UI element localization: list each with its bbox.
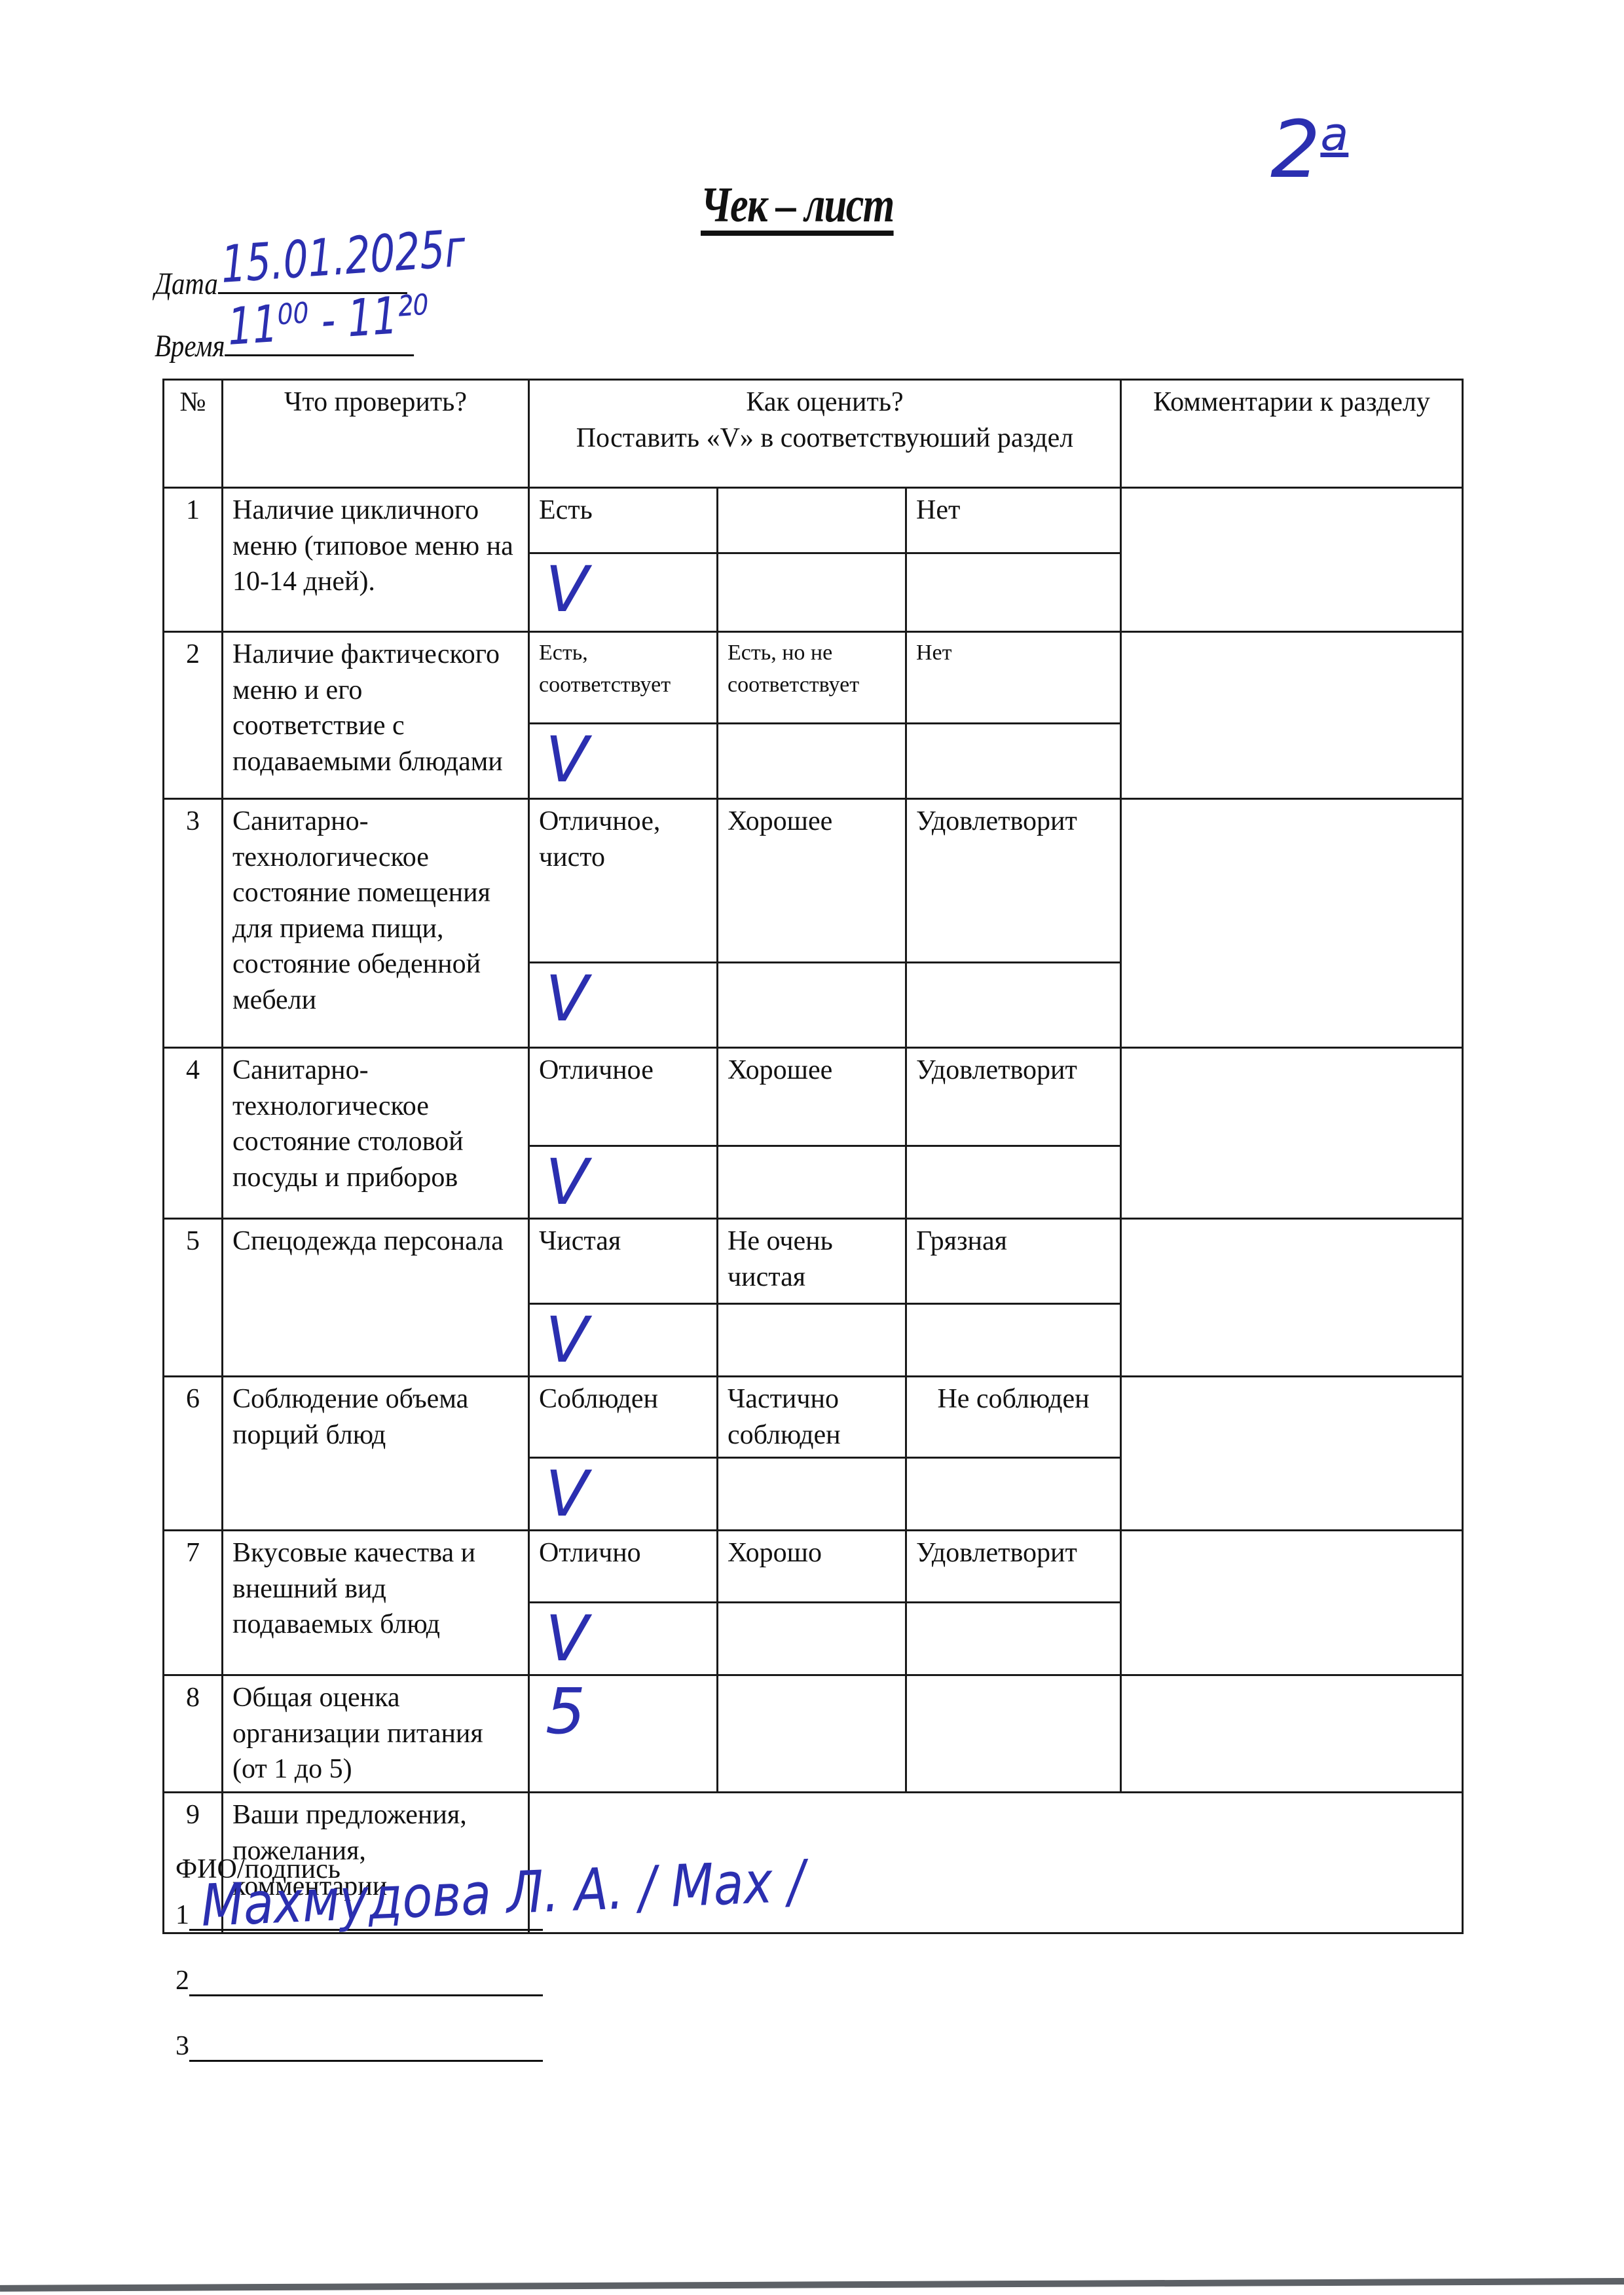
- option-label: Не очень чистая: [718, 1219, 906, 1304]
- row-num: 8: [164, 1675, 223, 1793]
- empty-cell[interactable]: [718, 1675, 906, 1793]
- option-checkbox[interactable]: [906, 553, 1121, 632]
- option-checkbox[interactable]: [906, 1304, 1121, 1377]
- option-checkbox[interactable]: V: [529, 553, 718, 632]
- option-label: Соблюден: [529, 1377, 718, 1458]
- row-item: Спецодежда персонала: [223, 1219, 529, 1377]
- row-num: 4: [164, 1048, 223, 1219]
- option-checkbox[interactable]: [718, 724, 906, 799]
- signature-input-1[interactable]: Махмудова Л. А. / Мах /: [189, 1903, 543, 1931]
- row-item: Общая оценка организации питания (от 1 д…: [223, 1675, 529, 1793]
- option-label: Частично соблюден: [718, 1377, 906, 1458]
- checkmark-icon: V: [539, 1303, 589, 1377]
- option-checkbox[interactable]: V: [529, 724, 718, 799]
- table-row: 4Санитарно-технологическое состояние сто…: [164, 1048, 1463, 1146]
- table-row: 7Вкусовые качества и внешний вид подавае…: [164, 1531, 1463, 1603]
- option-checkbox[interactable]: [718, 1458, 906, 1531]
- option-checkbox[interactable]: V: [529, 1458, 718, 1531]
- option-label: Отличное, чисто: [529, 799, 718, 963]
- signature-line-1: 1 Махмудова Л. А. / Мах /: [175, 1899, 543, 1931]
- row-item: Санитарно-технологическое состояние стол…: [223, 1048, 529, 1219]
- row-item: Наличие цикличного меню (типовое меню на…: [223, 488, 529, 632]
- scan-page-edge: [0, 2278, 1624, 2292]
- row-item: Вкусовые качества и внешний вид подаваем…: [223, 1531, 529, 1675]
- header-how-line2: Поставить «V» в соответствуюший раздел: [539, 420, 1111, 457]
- row-item: Соблюдение объема порций блюд: [223, 1377, 529, 1531]
- table-row: 5Спецодежда персоналаЧистаяНе очень чист…: [164, 1219, 1463, 1304]
- option-label: Хорошее: [718, 1048, 906, 1146]
- option-label: Не соблюден: [906, 1377, 1121, 1458]
- score-value: 5: [539, 1675, 585, 1748]
- row-comment[interactable]: [1121, 1048, 1463, 1219]
- option-label: Удовлетворит: [906, 799, 1121, 963]
- option-checkbox[interactable]: V: [529, 1603, 718, 1675]
- signature-input-3[interactable]: [189, 2034, 543, 2062]
- signature-line-3: 3: [175, 2030, 543, 2062]
- option-label: Отлично: [529, 1531, 718, 1603]
- option-label: [718, 488, 906, 553]
- option-label: Есть, но не соответствует: [718, 632, 906, 724]
- date-value: 15.01.2025г: [220, 219, 466, 295]
- row-num: 1: [164, 488, 223, 632]
- header-num: №: [164, 380, 223, 488]
- option-checkbox[interactable]: [906, 963, 1121, 1048]
- row-item: Наличие фактического меню и его соответс…: [223, 632, 529, 799]
- row-num: 6: [164, 1377, 223, 1531]
- checkmark-icon: V: [539, 553, 589, 626]
- option-checkbox[interactable]: V: [529, 1146, 718, 1219]
- signature-line-2: 2: [175, 1965, 543, 1996]
- table-row: 6Соблюдение объема порций блюдСоблюденЧа…: [164, 1377, 1463, 1458]
- row-comment[interactable]: [1121, 1377, 1463, 1531]
- signature-num: 1: [175, 1899, 189, 1931]
- option-checkbox[interactable]: [906, 1146, 1121, 1219]
- option-label: Хорошее: [718, 799, 906, 963]
- option-label: Удовлетворит: [906, 1048, 1121, 1146]
- row-item: Санитарно-технологическое состояние поме…: [223, 799, 529, 1048]
- signature-num: 3: [175, 2030, 189, 2062]
- option-label: Чистая: [529, 1219, 718, 1304]
- option-label: Нет: [906, 632, 1121, 724]
- option-label: Грязная: [906, 1219, 1121, 1304]
- page-title: Чек – лист: [701, 177, 894, 234]
- signature-num: 2: [175, 1965, 189, 1996]
- option-checkbox[interactable]: [718, 1146, 906, 1219]
- option-checkbox[interactable]: [718, 963, 906, 1048]
- header-how: Как оценить? Поставить «V» в соответству…: [529, 380, 1121, 488]
- table-row: 2Наличие фактического меню и его соответ…: [164, 632, 1463, 724]
- row-comment[interactable]: [1121, 1675, 1463, 1793]
- checkmark-icon: V: [539, 723, 589, 796]
- checkmark-icon: V: [539, 1146, 589, 1219]
- option-label: Нет: [906, 488, 1121, 553]
- signature-input-2[interactable]: [189, 1968, 543, 1996]
- row-comment[interactable]: [1121, 488, 1463, 632]
- option-label: Отличное: [529, 1048, 718, 1146]
- option-checkbox[interactable]: V: [529, 1304, 718, 1377]
- header-what: Что проверить?: [223, 380, 529, 488]
- row-num: 2: [164, 632, 223, 799]
- option-label: Хорошо: [718, 1531, 906, 1603]
- table-row: 8Общая оценка организации питания (от 1 …: [164, 1675, 1463, 1793]
- row-comment[interactable]: [1121, 632, 1463, 799]
- score-input[interactable]: 5: [529, 1675, 718, 1793]
- option-checkbox[interactable]: [906, 1458, 1121, 1531]
- checklist-table: № Что проверить? Как оценить? Поставить …: [162, 379, 1464, 1934]
- option-checkbox[interactable]: [718, 1304, 906, 1377]
- row-comment[interactable]: [1121, 799, 1463, 1048]
- option-checkbox[interactable]: [718, 1603, 906, 1675]
- table-row: 3Санитарно-технологическое состояние пом…: [164, 799, 1463, 963]
- time-label: Время: [155, 329, 225, 364]
- row-comment[interactable]: [1121, 1531, 1463, 1675]
- row-num: 3: [164, 799, 223, 1048]
- checkmark-icon: V: [539, 962, 589, 1036]
- option-label: Удовлетворит: [906, 1531, 1121, 1603]
- header-comments: Комментарии к разделу: [1121, 380, 1463, 488]
- page-number-mark: 2а: [1270, 111, 1348, 190]
- time-input[interactable]: 11⁰⁰ - 11²⁰: [225, 324, 414, 356]
- table-header-row: № Что проверить? Как оценить? Поставить …: [164, 380, 1463, 488]
- option-label: Есть, соответствует: [529, 632, 718, 724]
- checkmark-icon: V: [539, 1602, 589, 1675]
- time-field: Время11⁰⁰ - 11²⁰: [155, 324, 414, 364]
- row-num: 7: [164, 1531, 223, 1675]
- table-row: 1Наличие цикличного меню (типовое меню н…: [164, 488, 1463, 553]
- option-label: Есть: [529, 488, 718, 553]
- checkmark-icon: V: [539, 1457, 589, 1531]
- date-label: Дата: [155, 267, 218, 301]
- row-comment[interactable]: [1121, 1219, 1463, 1377]
- empty-cell[interactable]: [906, 1675, 1121, 1793]
- option-checkbox[interactable]: [718, 553, 906, 632]
- option-checkbox[interactable]: V: [529, 963, 718, 1048]
- option-checkbox[interactable]: [906, 1603, 1121, 1675]
- option-checkbox[interactable]: [906, 724, 1121, 799]
- header-how-line1: Как оценить?: [539, 384, 1111, 420]
- row-num: 5: [164, 1219, 223, 1377]
